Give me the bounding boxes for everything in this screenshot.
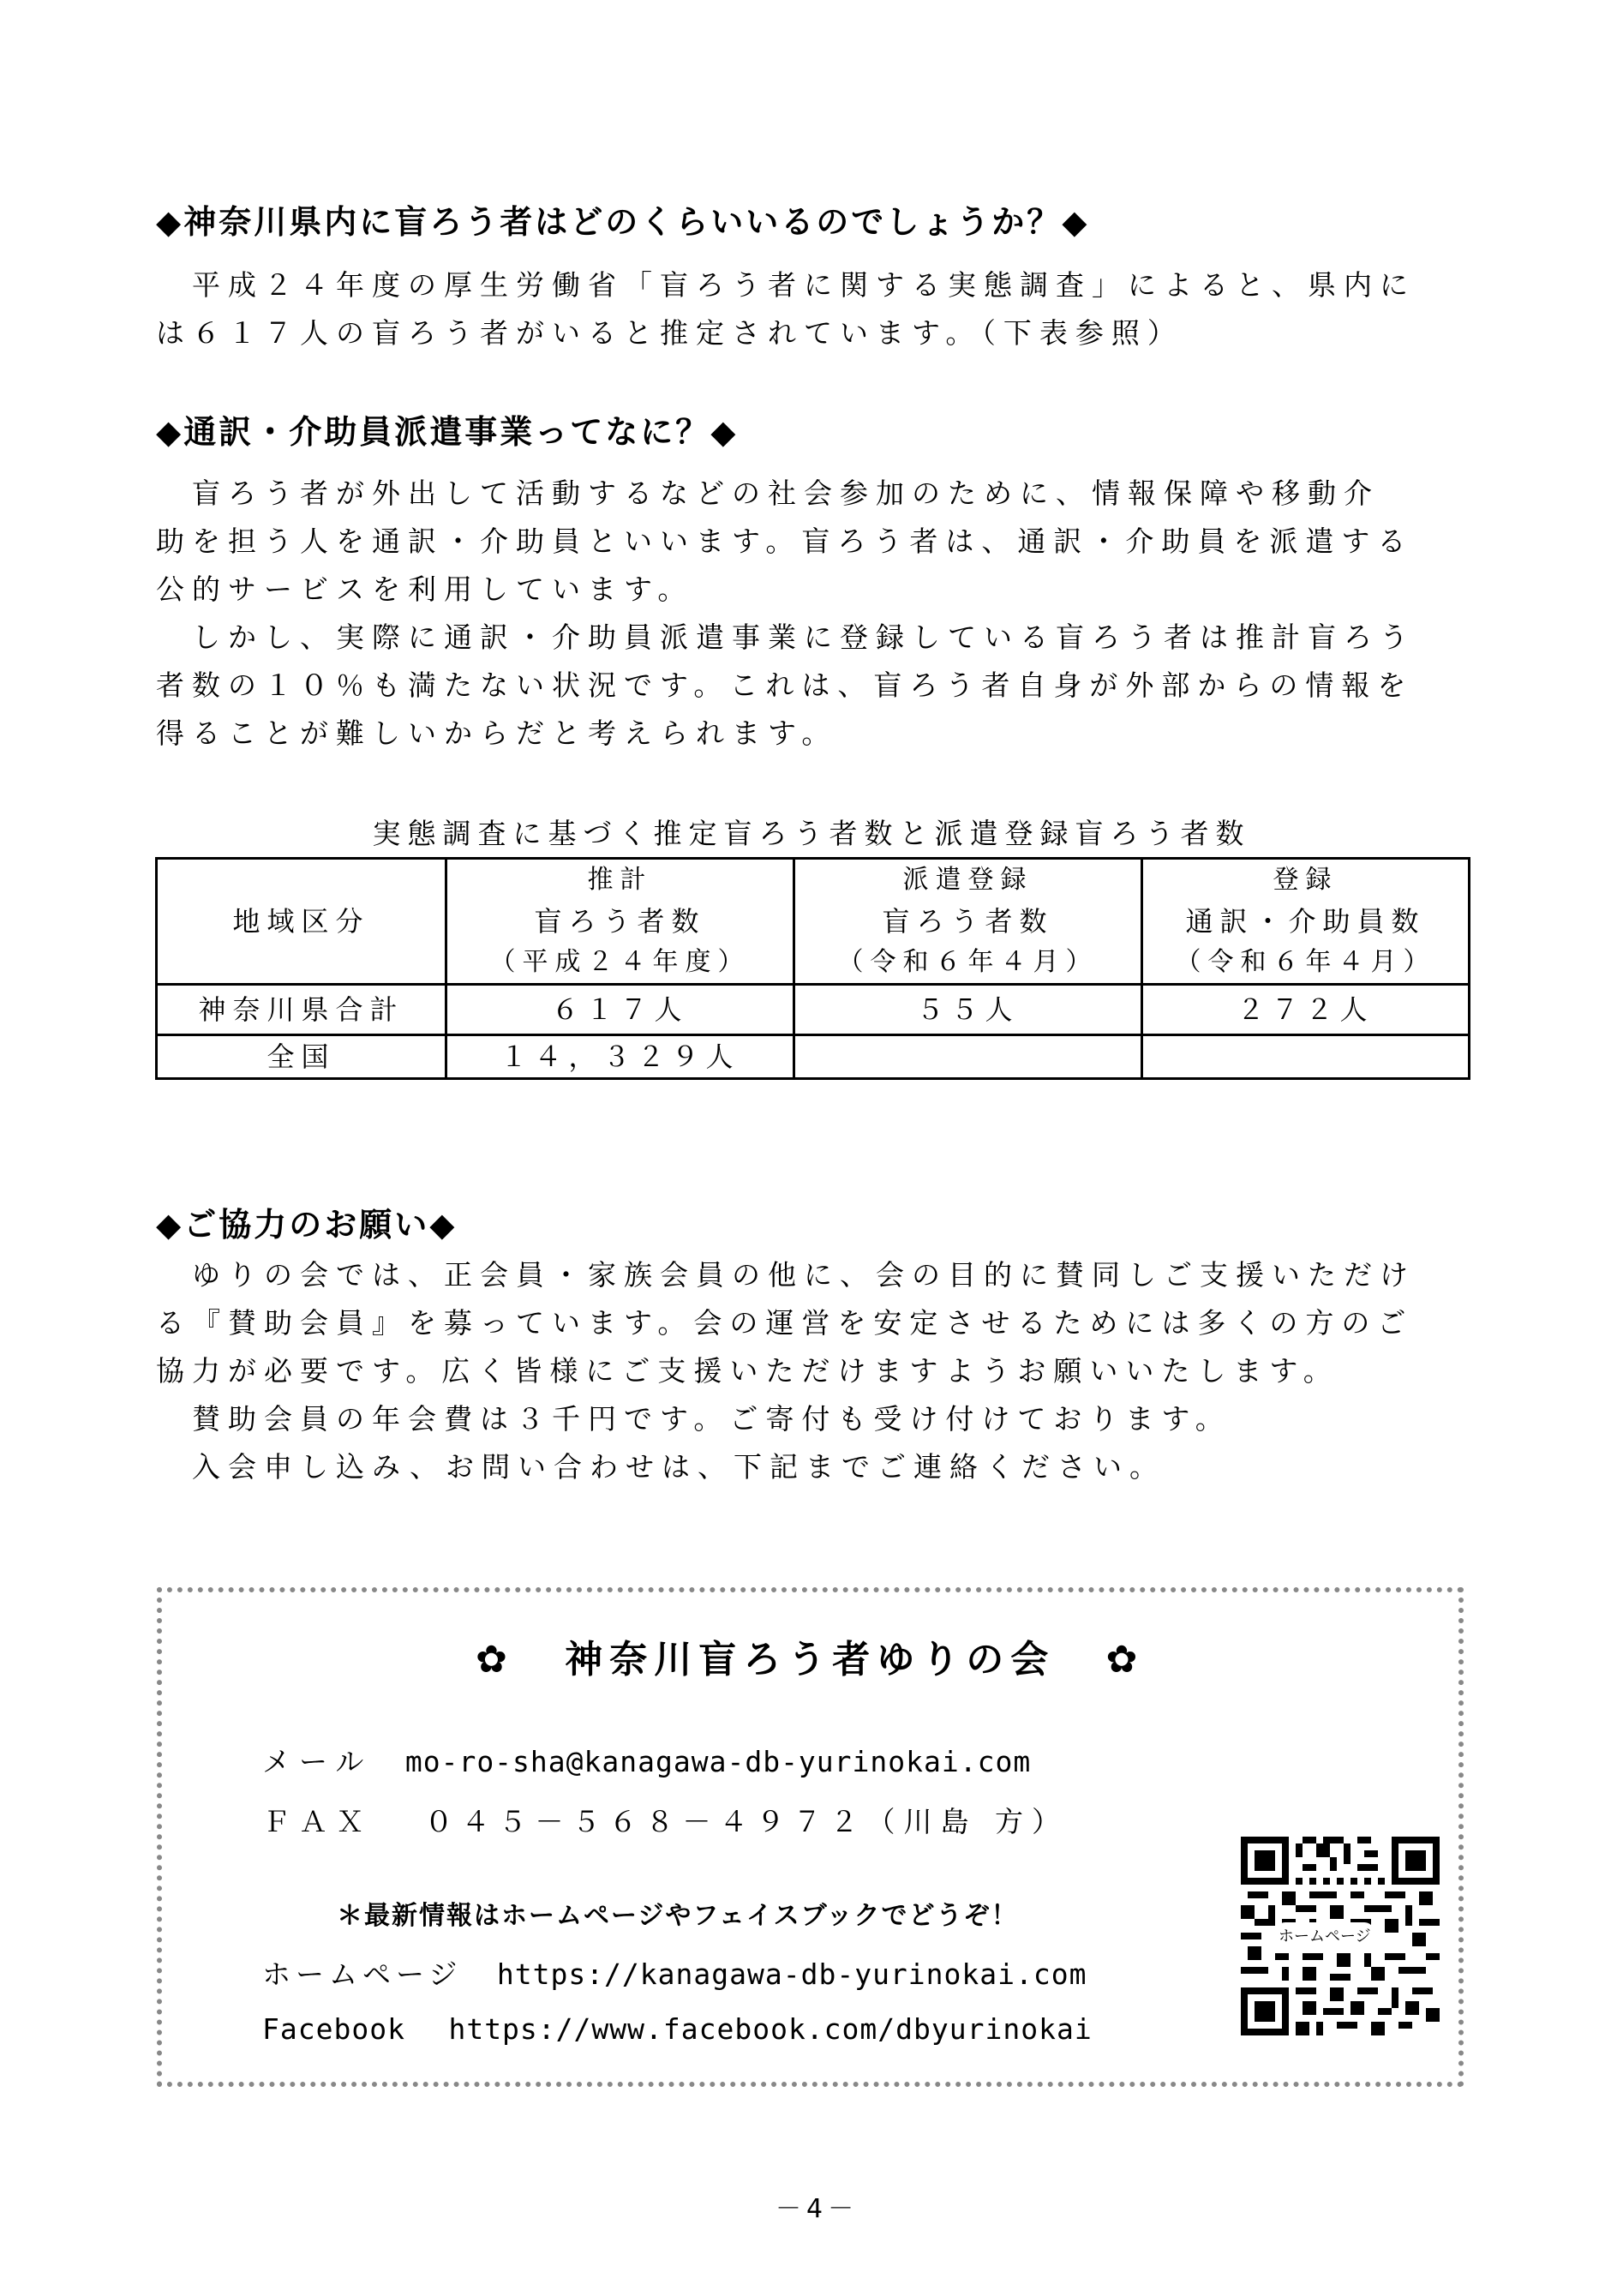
cell-interpreters: ２７２人 [1142,985,1470,1035]
facebook-row: Facebook https://www.facebook.com/dbyuri… [262,2012,1093,2046]
paragraph-line: 協力が必要です。広く皆様にご支援いただけますようお願いいたします。 [156,1347,1416,1395]
paragraph-line: しかし、実際に通訳・介助員派遣事業に登録している盲ろう者は推計盲ろう [156,614,1416,662]
homepage-link[interactable]: https://kanagawa-db-yurinokai.com [497,1957,1087,1991]
table-header-row: 地域区分 推計 盲ろう者数 （平成２４年度） 派遣登録 盲ろう者数 （令和６年４… [157,859,1470,985]
paragraph-line: 公的サービスを利用しています。 [156,566,1416,614]
fax-row: ＦＡＸ ０４５－５６８－４９７２（川島 方） [262,1800,1069,1840]
paragraph-request-support: ゆりの会では、正会員・家族会員の他に、会の目的に賛同しご支援いただけ る『賛助会… [156,1251,1416,1491]
header-cell-dispatch-registered: 派遣登録 盲ろう者数 （令和６年４月） [794,859,1142,985]
org-title: ✿ 神奈川盲ろう者ゆりの会 ✿ [476,1628,1144,1683]
paragraph-line: る『賛助会員』を募っています。会の運営を安定させるためには多くの方のご [156,1299,1416,1347]
mail-label: メール [262,1745,372,1778]
qr-code-homepage[interactable]: ホームページ [1241,1837,1440,2035]
latest-info-notice: ＊最新情報はホームページやフェイスブックでどうぞ！ [337,1894,1019,1932]
facebook-link[interactable]: https://www.facebook.com/dbyurinokai [448,2012,1092,2046]
header-cell-estimated: 推計 盲ろう者数 （平成２４年度） [446,859,794,985]
paragraph-line: 得ることが難しいからだと考えられます。 [156,710,1416,758]
paragraph-line: ゆりの会では、正会員・家族会員の他に、会の目的に賛同しご支援いただけ [156,1251,1416,1299]
table-row: 神奈川県合計 ６１７人 ５５人 ２７２人 [157,985,1470,1035]
header-cell-region: 地域区分 [157,859,446,985]
paragraph-line: 助を担う人を通訳・介助員といいます。盲ろう者は、通訳・介助員を派遣する [156,518,1416,566]
flower-icon: ✿ [476,1638,514,1682]
paragraph-line: 盲ろう者が外出して活動するなどの社会参加のために、情報保障や移動介 [156,470,1416,518]
heading-population: ◆神奈川県内に盲ろう者はどのくらいいるのでしょうか？◆ [156,195,1089,243]
homepage-label: ホームページ [262,1957,462,1991]
qr-label: ホームページ [1275,1922,1374,1948]
paragraph-interpreter-service: 盲ろう者が外出して活動するなどの社会参加のために、情報保障や移動介 助を担う人を… [156,470,1416,758]
cell-region: 全国 [157,1035,446,1079]
heading-request-support: ◆ご協力のお願い◆ [156,1198,457,1245]
header-cell-interpreters: 登録 通訳・介助員数 （令和６年４月） [1142,859,1470,985]
table-row: 全国 １４，３２９人 [157,1035,1470,1079]
paragraph-population: 平成２４年度の厚生労働省「盲ろう者に関する実態調査」によると、県内に は６１７人… [156,261,1416,357]
cell-interpreters [1142,1035,1470,1079]
paragraph-line: 賛助会員の年会費は３千円です。ご寄付も受け付けております。 [156,1395,1416,1443]
paragraph-line: 平成２４年度の厚生労働省「盲ろう者に関する実態調査」によると、県内に [156,261,1416,309]
fax-value: ０４５－５６８－４９７２（川島 方） [425,1805,1069,1838]
cell-dispatch-registered [794,1035,1142,1079]
cell-estimated: １４，３２９人 [446,1035,794,1079]
statistics-table: 地域区分 推計 盲ろう者数 （平成２４年度） 派遣登録 盲ろう者数 （令和６年４… [155,857,1470,1080]
page-number: －4－ [776,2187,859,2225]
table-caption: 実態調査に基づく推定盲ろう者数と派遣登録盲ろう者数 [155,812,1468,852]
cell-estimated: ６１７人 [446,985,794,1035]
org-name: 神奈川盲ろう者ゆりの会 [565,1638,1055,1682]
paragraph-line: は６１７人の盲ろう者がいると推定されています。（下表参照） [156,309,1416,357]
flower-icon: ✿ [1106,1638,1145,1682]
cell-dispatch-registered: ５５人 [794,985,1142,1035]
facebook-label: Facebook [262,2012,405,2046]
mail-link[interactable]: mo-ro-sha@kanagawa-db-yurinokai.com [405,1745,1031,1778]
mail-row: メール mo-ro-sha@kanagawa-db-yurinokai.com [262,1740,1031,1780]
homepage-row: ホームページ https://kanagawa-db-yurinokai.com [262,1952,1087,1993]
cell-region: 神奈川県合計 [157,985,446,1035]
paragraph-line: 入会申し込み、お問い合わせは、下記までご連絡ください。 [156,1443,1416,1491]
fax-label: ＦＡＸ [262,1805,373,1838]
paragraph-line: 者数の１０％も満たない状況です。これは、盲ろう者自身が外部からの情報を [156,662,1416,710]
heading-interpreter-service: ◆通訳・介助員派遣事業ってなに？◆ [156,405,738,453]
